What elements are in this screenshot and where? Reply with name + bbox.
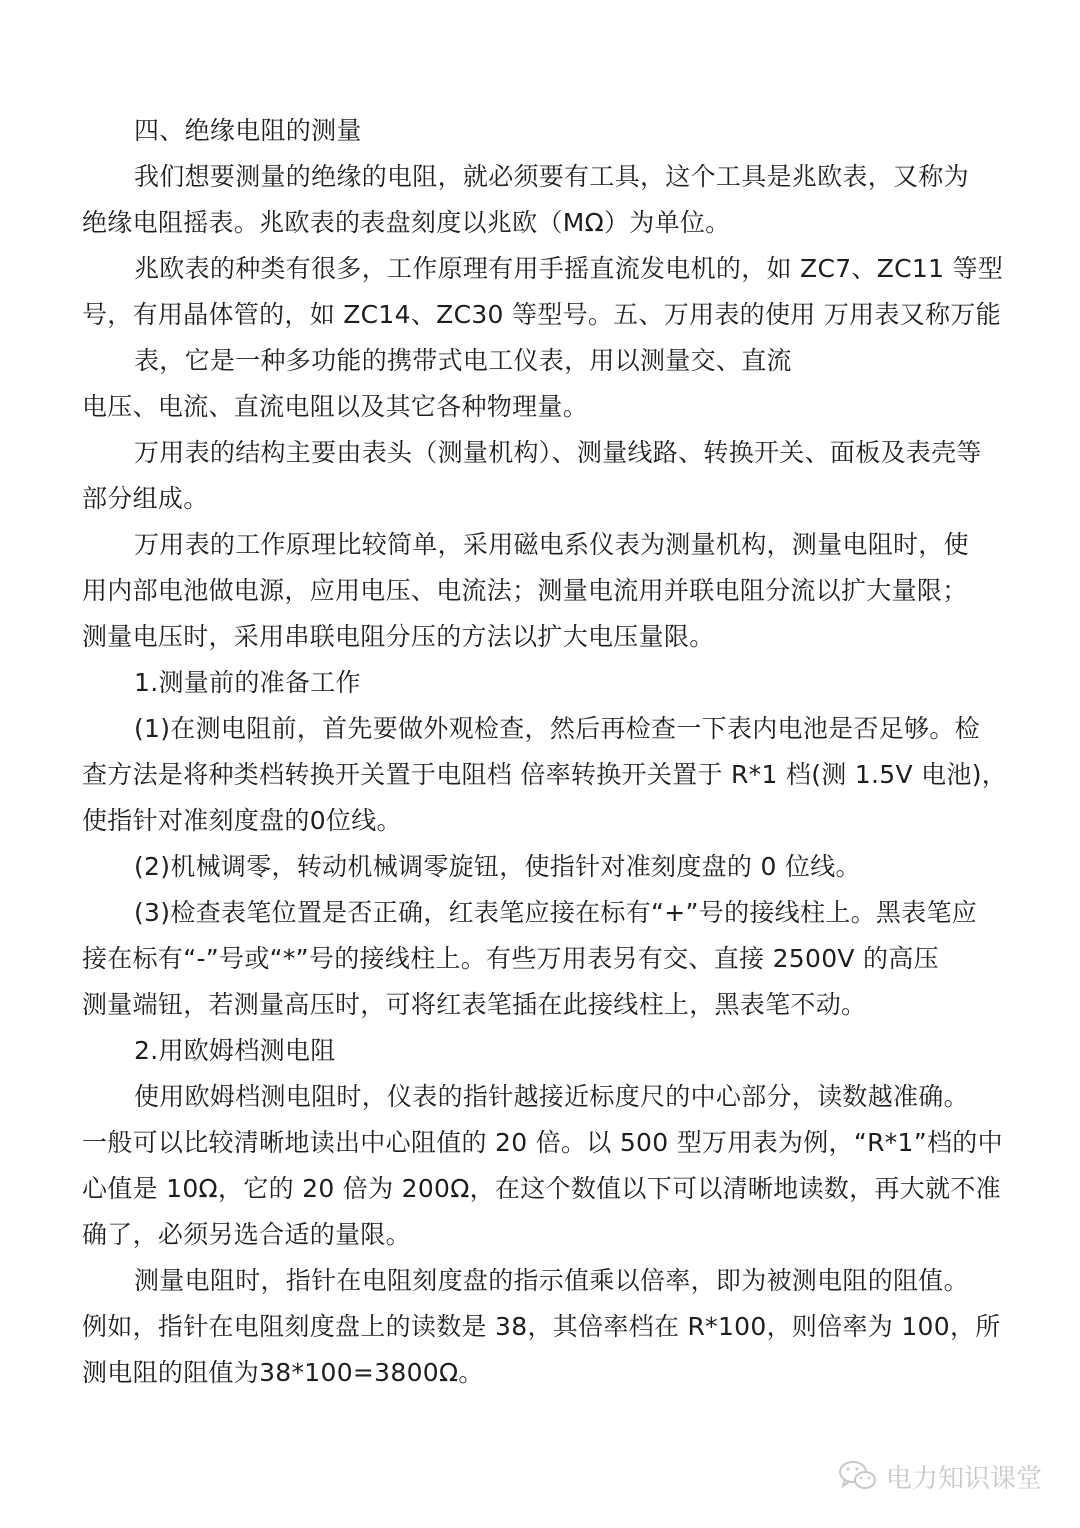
paragraph-line: (2)机械调零，转动机械调零旋钮，使指针对准刻度盘的 0 位线。 [82,844,992,890]
paragraph-line: 使指针对准刻度盘的0位线。 [82,798,992,844]
wechat-icon [838,1459,878,1493]
paragraph-line: 万用表的工作原理比较简单，采用磁电系仪表为测量机构，测量电阻时，使 [82,522,992,568]
paragraph-line: 兆欧表的种类有很多，工作原理有用手摇直流发电机的，如 ZC7、ZC11 等型 [82,246,992,292]
paragraph-line: 查方法是将种类档转换开关置于电阻档 倍率转换开关置于 R*1 档(测 1.5V … [82,752,992,798]
watermark-text: 电力知识课堂 [886,1458,1042,1495]
paragraph-line: 表，它是一种多功能的携带式电工仪表，用以测量交、直流 [82,338,992,384]
paragraph-line: (1)在测电阻前，首先要做外观检查，然后再检查一下表内电池是否足够。检 [82,706,992,752]
paragraph-line: 号，有用晶体管的，如 ZC14、ZC30 等型号。五、万用表的使用 万用表又称万… [82,292,992,338]
paragraph-line: 测量电阻时，指针在电阻刻度盘的指示值乘以倍率，即为被测电阻的阻值。 [82,1258,992,1304]
document-body: 四、绝缘电阻的测量 我们想要测量的绝缘的电阻，就必须要有工具，这个工具是兆欧表，… [82,108,992,1396]
paragraph-line: 测电阻的阻值为38*100=3800Ω。 [82,1350,992,1396]
paragraph-line: 测量电压时，采用串联电阻分压的方法以扩大电压量限。 [82,614,992,660]
paragraph-line: 确了，必须另选合适的量限。 [82,1212,992,1258]
paragraph-line: 使用欧姆档测电阻时，仪表的指针越接近标度尺的中心部分，读数越准确。 [82,1074,992,1120]
subsection-heading-ohm: 2.用欧姆档测电阻 [82,1028,992,1074]
section-heading-insulation: 四、绝缘电阻的测量 [82,108,992,154]
paragraph-line: (3)检查表笔位置是否正确，红表笔应接在标有“+”号的接线柱上。黑表笔应 [82,890,992,936]
paragraph-line: 万用表的结构主要由表头（测量机构）、测量线路、转换开关、面板及表壳等 [82,430,992,476]
paragraph-line: 绝缘电阻摇表。兆欧表的表盘刻度以兆欧（MΩ）为单位。 [82,200,992,246]
watermark: 电力知识课堂 [838,1456,1042,1496]
paragraph-line: 电压、电流、直流电阻以及其它各种物理量。 [82,384,992,430]
subsection-heading-preparation: 1.测量前的准备工作 [82,660,992,706]
paragraph-line: 一般可以比较清晰地读出中心阻值的 20 倍。以 500 型万用表为例，“R*1”… [82,1120,992,1166]
paragraph-line: 测量端钮，若测量高压时，可将红表笔插在此接线柱上，黑表笔不动。 [82,982,992,1028]
paragraph-line: 部分组成。 [82,476,992,522]
paragraph-line: 用内部电池做电源，应用电压、电流法；测量电流用并联电阻分流以扩大量限； [82,568,992,614]
paragraph-line: 例如，指针在电阻刻度盘上的读数是 38，其倍率档在 R*100，则倍率为 100… [82,1304,992,1350]
paragraph-line: 接在标有“-”号或“*”号的接线柱上。有些万用表另有交、直接 2500V 的高压 [82,936,992,982]
paragraph-line: 我们想要测量的绝缘的电阻，就必须要有工具，这个工具是兆欧表，又称为 [82,154,992,200]
paragraph-line: 心值是 10Ω，它的 20 倍为 200Ω，在这个数值以下可以清晰地读数，再大就… [82,1166,992,1212]
